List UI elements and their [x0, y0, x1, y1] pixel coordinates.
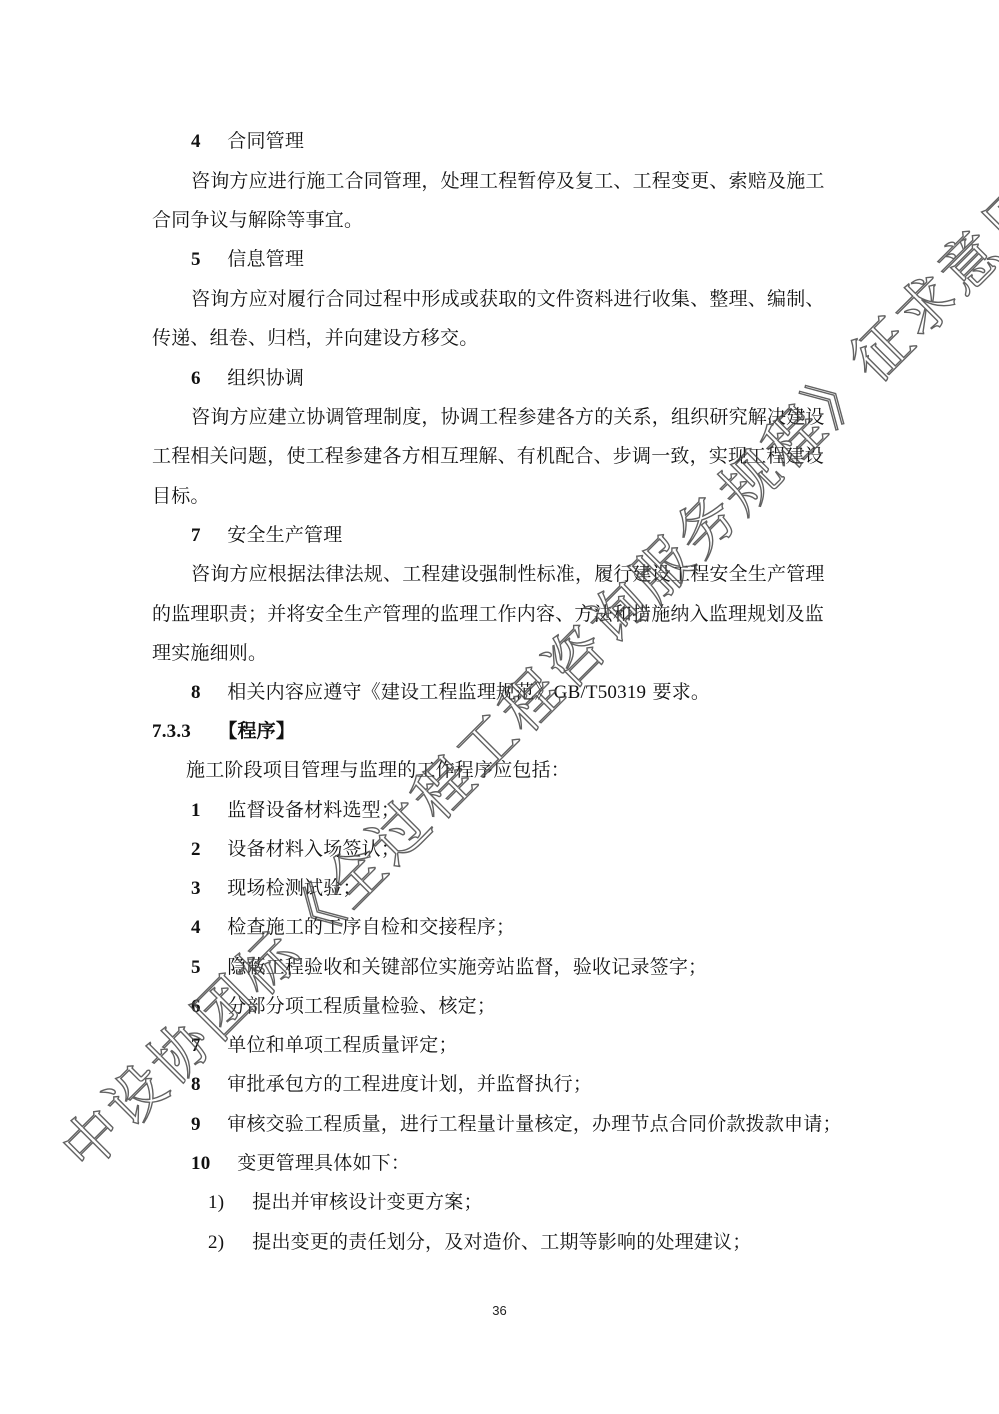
step-item: 4 检查施工的工序自检和交接程序；	[191, 914, 515, 941]
paragraph-line: 合同争议与解除等事宜。	[152, 207, 363, 233]
step-item: 3 现场检测试验；	[191, 875, 362, 902]
step-item: 2 设备材料入场签认；	[191, 836, 400, 863]
document-page: 4 合同管理 咨询方应进行施工合同管理，处理工程暂停及复工、工程变更、索赔及施工…	[0, 0, 999, 1414]
step-item: 9 审核交验工程质量，进行工程量计量核定，办理节点合同价款拨款申请；	[191, 1111, 842, 1138]
item-title: 合同管理	[227, 130, 304, 152]
substep-item: 1) 提出并审核设计变更方案；	[208, 1189, 483, 1216]
item-number: 5	[191, 247, 221, 273]
step-number: 2	[191, 837, 221, 863]
item-number: 7	[191, 523, 221, 549]
paragraph-line: 目标。	[152, 483, 210, 509]
section-heading: 7.3.3 【程序】	[152, 718, 295, 745]
substep-number: 2)	[208, 1230, 246, 1256]
step-text: 审核交验工程质量，进行工程量计量核定，办理节点合同价款拨款申请；	[227, 1113, 841, 1135]
step-text: 设备材料入场签认；	[227, 838, 400, 860]
paragraph-line: 的监理职责；并将安全生产管理的监理工作内容、方法和措施纳入监理规划及监	[152, 601, 824, 627]
paragraph-line: 工程相关问题，使工程参建各方相互理解、有机配合、步调一致，实现工程建设	[152, 443, 824, 469]
substep-item: 2) 提出变更的责任划分，及对造价、工期等影响的处理建议；	[208, 1229, 751, 1256]
paragraph-line: 咨询方应建立协调管理制度，协调工程参建各方的关系，组织研究解决建设	[191, 404, 825, 430]
step-text: 隐蔽工程验收和关键部位实施旁站监督，验收记录签字；	[227, 956, 707, 978]
item-heading-6: 6 组织协调	[191, 365, 304, 392]
step-number: 3	[191, 876, 221, 902]
step-number: 5	[191, 955, 221, 981]
item-heading-8: 8 相关内容应遵守《建设工程监理规范》GB/T50319 要求。	[191, 679, 710, 706]
step-text: 审批承包方的工程进度计划，并监督执行；	[227, 1073, 592, 1095]
substep-text: 提出变更的责任划分，及对造价、工期等影响的处理建议；	[252, 1231, 751, 1253]
section-title: 【程序】	[218, 720, 295, 742]
item-heading-7: 7 安全生产管理	[191, 522, 342, 549]
item-title: 组织协调	[227, 367, 304, 389]
paragraph-line: 传递、组卷、归档，并向建设方移交。	[152, 325, 478, 351]
item-heading-4: 4 合同管理	[191, 128, 304, 155]
step-text: 检查施工的工序自检和交接程序；	[227, 916, 515, 938]
step-item: 7 单位和单项工程质量评定；	[191, 1032, 458, 1059]
paragraph-line: 理实施细则。	[152, 640, 267, 666]
item-text: 相关内容应遵守《建设工程监理规范》	[227, 681, 553, 703]
step-text: 分部分项工程质量检验、核定；	[227, 995, 496, 1017]
item-text-end: 要求。	[646, 681, 710, 703]
step-number: 1	[191, 798, 221, 824]
paragraph-line: 咨询方应进行施工合同管理，处理工程暂停及复工、工程变更、索赔及施工	[191, 168, 825, 194]
item-number: 8	[191, 680, 221, 706]
step-text: 变更管理具体如下：	[237, 1152, 410, 1174]
step-number: 6	[191, 994, 221, 1020]
substep-text: 提出并审核设计变更方案；	[252, 1191, 482, 1213]
item-heading-5: 5 信息管理	[191, 246, 304, 273]
item-number: 4	[191, 129, 221, 155]
step-text: 单位和单项工程质量评定；	[227, 1034, 457, 1056]
step-number: 10	[191, 1151, 231, 1177]
paragraph-line: 咨询方应对履行合同过程中形成或获取的文件资料进行收集、整理、编制、	[191, 286, 825, 312]
item-title: 安全生产管理	[227, 524, 342, 546]
section-number: 7.3.3	[152, 719, 212, 745]
step-text: 监督设备材料选型；	[227, 799, 400, 821]
section-intro: 施工阶段项目管理与监理的工作程序应包括：	[186, 757, 570, 783]
step-number: 7	[191, 1033, 221, 1059]
step-item: 6 分部分项工程质量检验、核定；	[191, 993, 496, 1020]
step-number: 8	[191, 1072, 221, 1098]
step-item: 10 变更管理具体如下：	[191, 1150, 410, 1177]
step-item: 5 隐蔽工程验收和关键部位实施旁站监督，验收记录签字；	[191, 954, 707, 981]
step-number: 9	[191, 1112, 221, 1138]
substep-number: 1)	[208, 1190, 246, 1216]
step-number: 4	[191, 915, 221, 941]
page-number: 36	[0, 1303, 999, 1318]
step-item: 1 监督设备材料选型；	[191, 797, 400, 824]
step-item: 8 审批承包方的工程进度计划，并监督执行；	[191, 1071, 592, 1098]
standard-code: GB/T50319	[554, 682, 647, 703]
step-text: 现场检测试验；	[227, 877, 361, 899]
item-number: 6	[191, 366, 221, 392]
paragraph-line: 咨询方应根据法律法规、工程建设强制性标准，履行建设工程安全生产管理	[191, 561, 825, 587]
item-title: 信息管理	[227, 248, 304, 270]
